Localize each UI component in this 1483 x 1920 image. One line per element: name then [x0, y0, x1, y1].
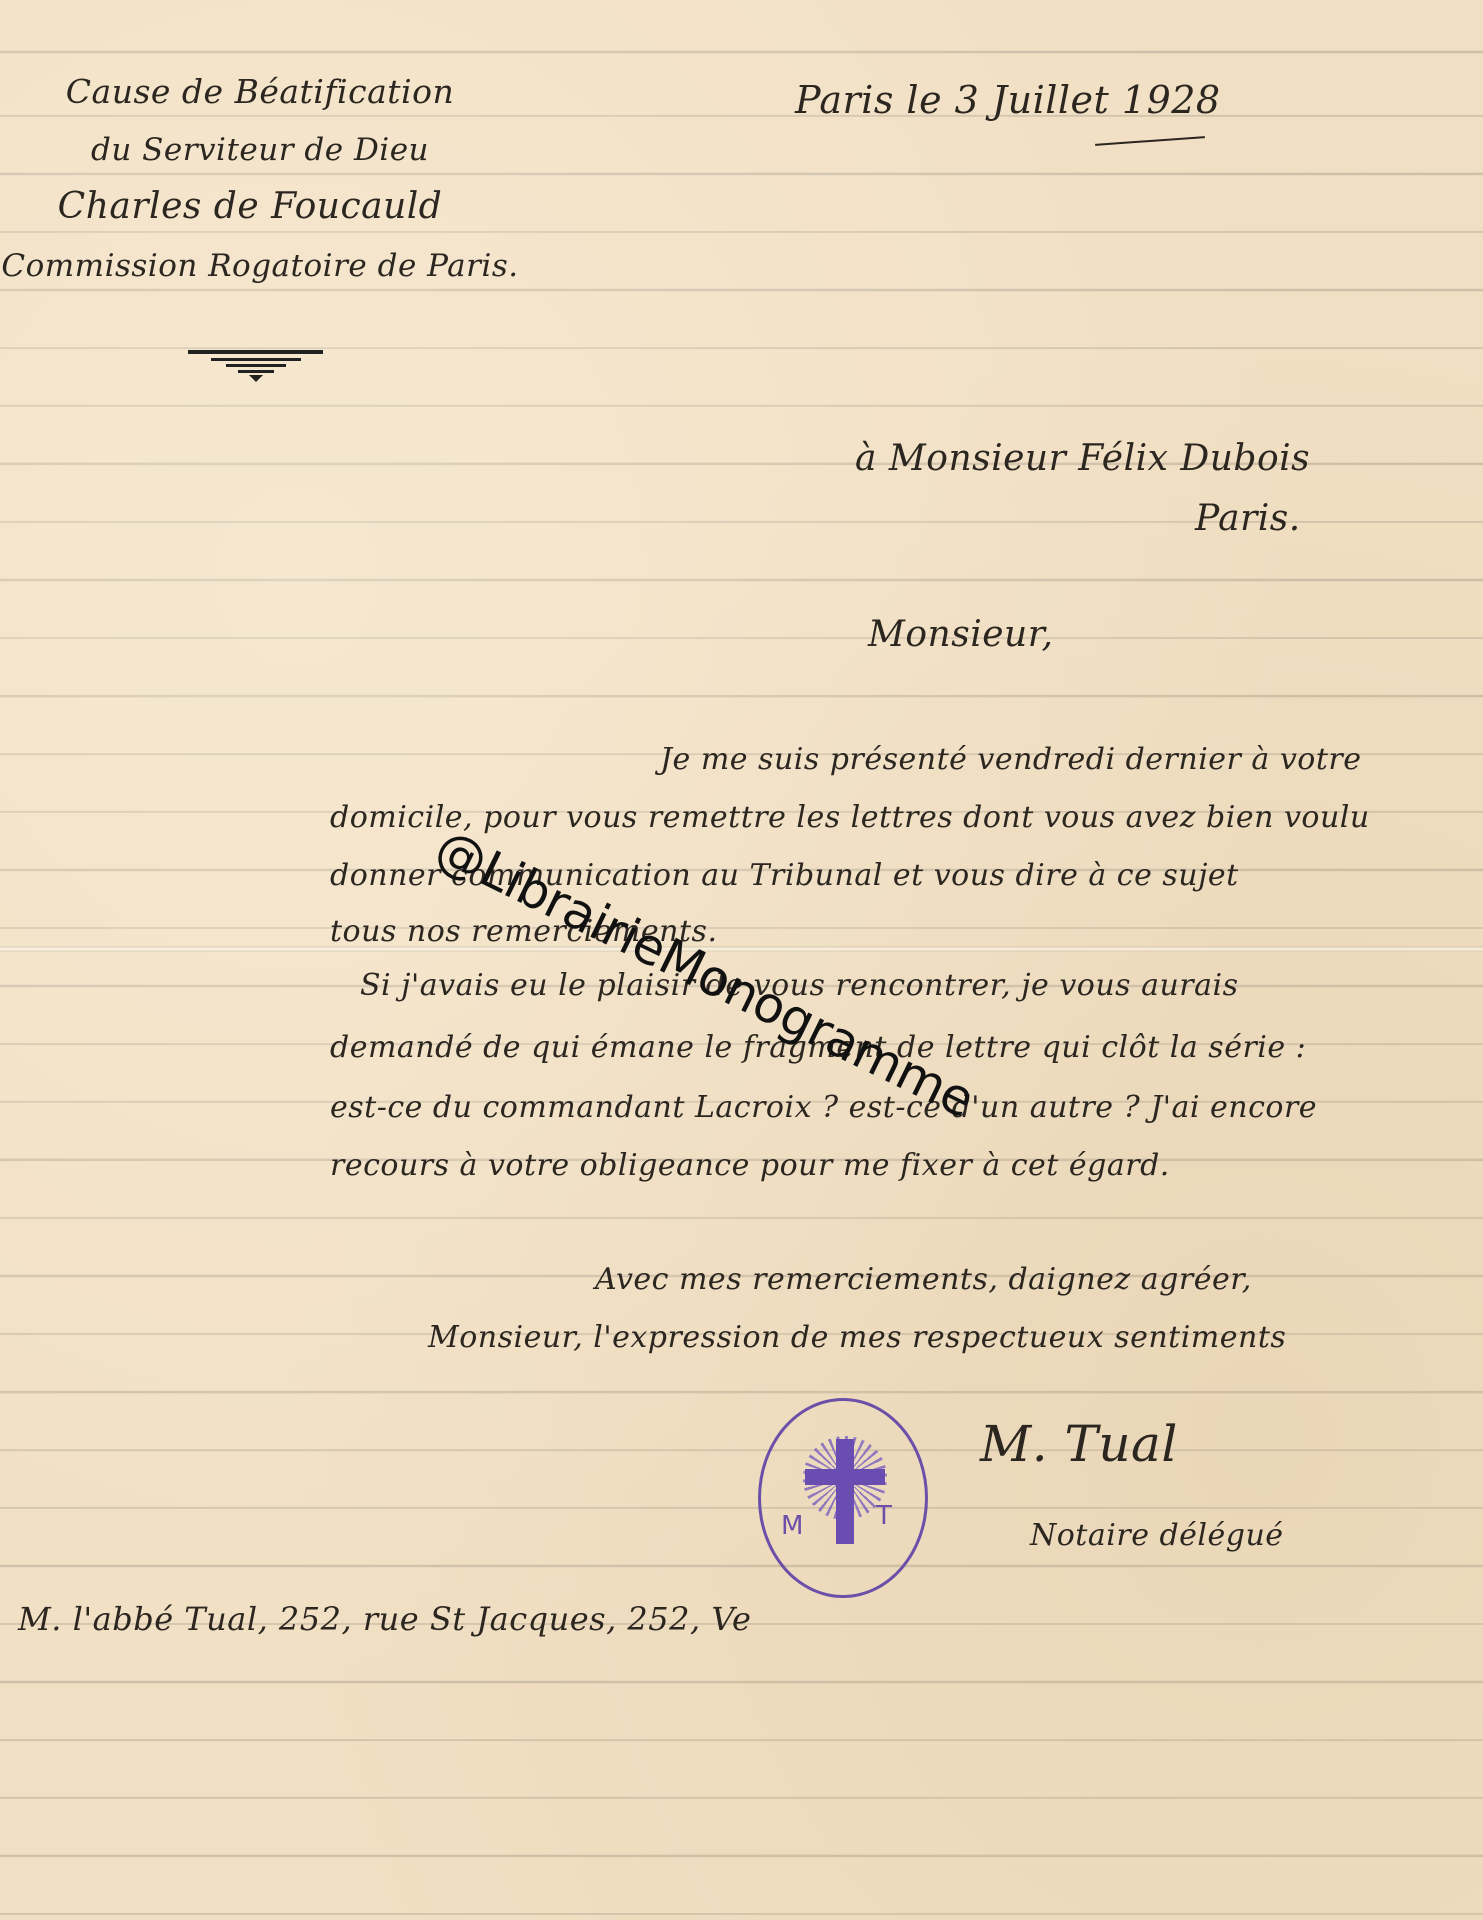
salutation: Monsieur,	[868, 614, 1053, 655]
closing-line-1: Avec mes remerciements, daignez agréer,	[595, 1262, 1252, 1297]
letterhead-line-3: Charles de Foucauld	[0, 186, 510, 227]
official-stamp: M T	[758, 1398, 928, 1598]
body-line-7: est-ce du commandant Lacroix ? est-ce d'…	[330, 1090, 1317, 1125]
letterhead-ornament-icon	[188, 350, 323, 382]
body-line-2: domicile, pour vous remettre les lettres…	[330, 800, 1370, 835]
cross-horizontal	[805, 1469, 885, 1485]
fold-crease	[0, 946, 1483, 952]
stamp-letter-m: M	[781, 1511, 803, 1541]
signature-title: Notaire délégué	[1030, 1518, 1284, 1553]
recipient-line-1: à Monsieur Félix Dubois	[855, 438, 1310, 479]
recipient-line-2: Paris.	[1195, 498, 1301, 539]
body-line-1: Je me suis présenté vendredi dernier à v…	[660, 742, 1362, 777]
letterhead-line-1: Cause de Béatification	[0, 72, 520, 111]
sender-address: M. l'abbé Tual, 252, rue St Jacques, 252…	[18, 1600, 751, 1638]
body-line-8: recours à votre obligeance pour me fixer…	[330, 1148, 1170, 1183]
closing-line-2: Monsieur, l'expression de mes respectueu…	[428, 1320, 1286, 1355]
signature: M. Tual	[980, 1415, 1178, 1473]
letterhead-line-4: Commission Rogatoire de Paris.	[0, 248, 520, 284]
dateline: Paris le 3 Juillet 1928	[795, 78, 1221, 122]
letterhead-line-2: du Serviteur de Dieu	[0, 132, 520, 168]
cross-vertical	[836, 1439, 854, 1544]
stamp-letter-t: T	[876, 1501, 892, 1531]
